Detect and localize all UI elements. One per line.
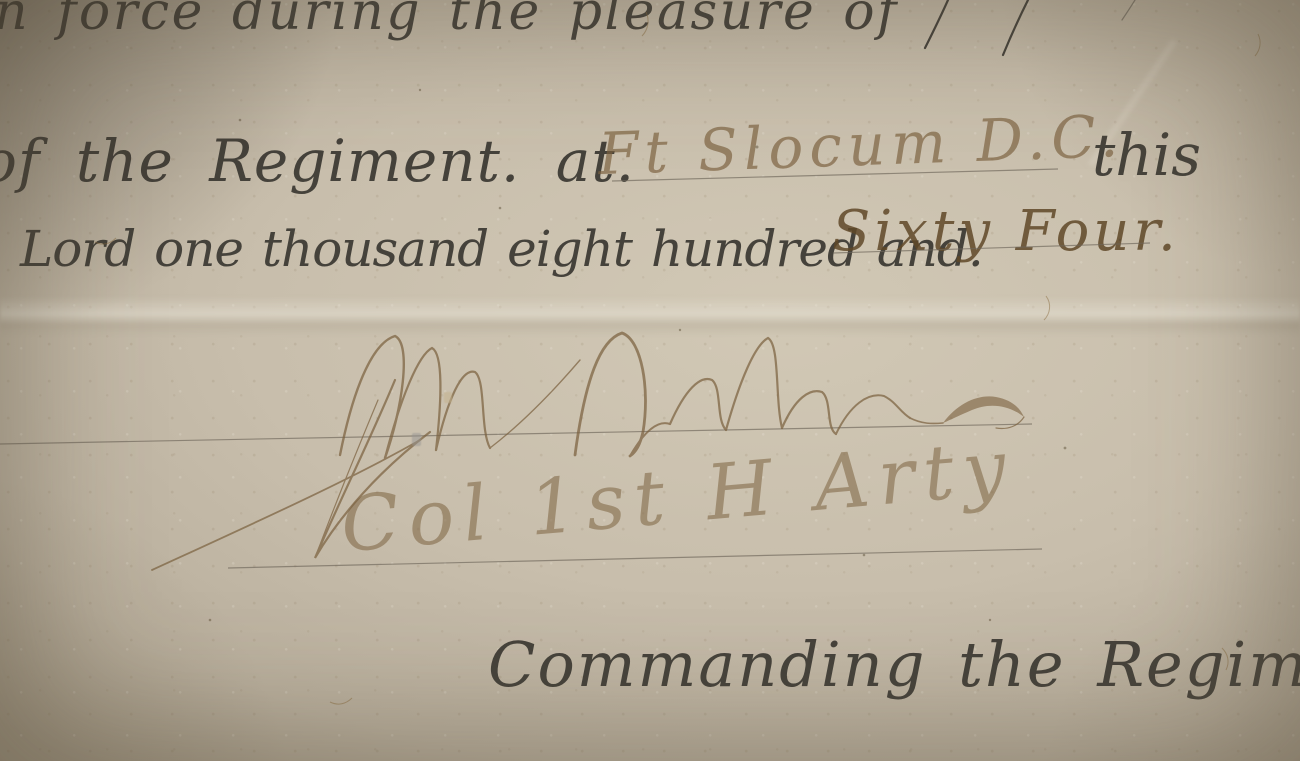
handwritten-location: Ft Slocum D.C. [597, 107, 1125, 183]
gray-fleck [412, 433, 421, 446]
printed-line-closing: Commanding the Regiment. [488, 634, 1300, 696]
printed-line-top: in force during the pleasure of [0, 0, 899, 38]
handwritten-unit-line: Col 1st H Arty [338, 429, 1018, 564]
document-photo: in force during the pleasure of of the R… [0, 0, 1300, 761]
tan-fleck [444, 392, 452, 403]
handwritten-year: Sixty Four. [832, 204, 1180, 260]
top-edge-descenders [925, 0, 1135, 55]
printed-line-regiment: of the Regiment. at. [0, 132, 635, 190]
horizontal-fold-crease [0, 296, 1300, 336]
